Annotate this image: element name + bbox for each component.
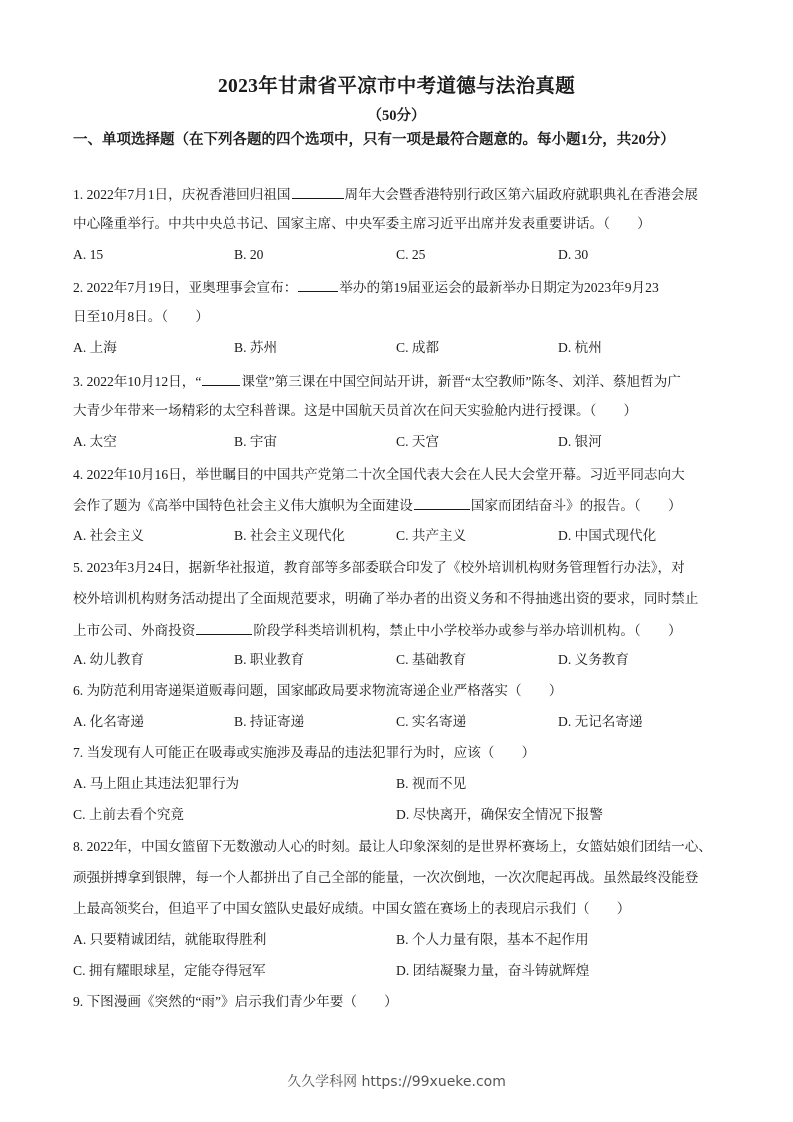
question-4-option-a: A. 社会主义 <box>73 526 144 546</box>
question-4-line-2: 会作了题为《高举中国特色社会主义伟大旗帜为全面建设国家而团结奋斗》的报告。（ ） <box>73 495 723 516</box>
fill-blank <box>414 495 470 510</box>
question-text: 上市公司、外商投资 <box>73 623 195 638</box>
question-1-option-d: D. 30 <box>558 245 588 265</box>
question-8-option-c: C. 拥有耀眼球星，定能夺得冠军 <box>73 961 266 981</box>
question-5-option-d: D. 义务教育 <box>558 650 629 670</box>
question-text: 3. 2022年10月12日，“ <box>73 374 201 389</box>
total-score: （50分） <box>0 104 793 125</box>
question-3-option-d: D. 银河 <box>558 432 602 452</box>
fill-blank <box>202 371 240 386</box>
question-6-line-1: 6. 为防范利用寄递渠道贩毒问题，国家邮政局要求物流寄递企业严格落实（ ） <box>73 681 723 701</box>
question-1-option-a: A. 15 <box>73 245 103 265</box>
question-8-option-b: B. 个人力量有限，基本不起作用 <box>396 930 589 950</box>
question-6-option-b: B. 持证寄递 <box>234 712 304 732</box>
question-6-option-c: C. 实名寄递 <box>396 712 466 732</box>
question-2-line-1: 2. 2022年7月19日，亚奥理事会宣布：举办的第19届亚运会的最新举办日期定… <box>73 277 723 298</box>
question-8-option-d: D. 团结凝聚力量，奋斗铸就辉煌 <box>396 961 589 981</box>
exam-page: 2023年甘肃省平凉市中考道德与法治真题 （50分） 一、单项选择题（在下列各题… <box>0 0 793 1122</box>
question-7-option-d: D. 尽快离开，确保安全情况下报警 <box>396 805 603 825</box>
question-7-line-1: 7. 当发现有人可能正在吸毒或实施涉及毒品的违法犯罪行为时，应该（ ） <box>73 743 723 763</box>
question-6-option-a: A. 化名寄递 <box>73 712 144 732</box>
question-7-option-c: C. 上前去看个究竟 <box>73 805 184 825</box>
question-2-option-d: D. 杭州 <box>558 338 602 358</box>
question-8-line-1: 8. 2022年，中国女篮留下无数激动人心的时刻。最让人印象深刻的是世界杯赛场上… <box>73 837 723 857</box>
question-2-option-b: B. 苏州 <box>234 338 277 358</box>
question-4-option-b: B. 社会主义现代化 <box>234 526 345 546</box>
question-1-line-2: 中心隆重举行。中共中央总书记、国家主席、中央军委主席习近平出席并发表重要讲话。（… <box>73 214 723 234</box>
question-4-option-c: C. 共产主义 <box>396 526 466 546</box>
fill-blank <box>196 620 252 635</box>
question-2-line-2: 日至10月8日。（ ） <box>73 307 723 327</box>
question-text: 国家而团结奋斗》的报告。（ ） <box>471 498 682 513</box>
question-5-option-b: B. 职业教育 <box>234 650 304 670</box>
question-text: 1. 2022年7月1日，庆祝香港回归祖国 <box>73 187 291 202</box>
question-9-line-1: 9. 下图漫画《突然的“雨”》启示我们青少年要（ ） <box>73 992 723 1012</box>
question-1-line-1: 1. 2022年7月1日，庆祝香港回归祖国周年大会暨香港特别行政区第六届政府就职… <box>73 184 723 205</box>
question-5-line-2: 校外培训机构财务活动提出了全面规范要求，明确了举办者的出资义务和不得抽逃出资的要… <box>73 589 723 609</box>
question-8-line-3: 上最高领奖台，但追平了中国女篮队史最好成绩。中国女篮在赛场上的表现启示我们（ ） <box>73 899 723 919</box>
question-7-option-b: B. 视而不见 <box>396 774 466 794</box>
question-2-option-a: A. 上海 <box>73 338 117 358</box>
question-4-option-d: D. 中国式现代化 <box>558 526 656 546</box>
question-text: 2. 2022年7月19日，亚奥理事会宣布： <box>73 280 297 295</box>
question-text: 举办的第19届亚运会的最新举办日期定为2023年9月23 <box>339 280 658 295</box>
question-8-line-2: 顽强拼搏拿到银牌，每一个人都拼出了自己全部的能量，一次次倒地，一次次爬起再战。虽… <box>73 868 723 888</box>
question-3-option-b: B. 宇宙 <box>234 432 277 452</box>
section-heading: 一、单项选择题（在下列各题的四个选项中，只有一项是最符合题意的。每小题1分，共2… <box>73 127 723 154</box>
question-5-option-c: C. 基础教育 <box>396 650 466 670</box>
fill-blank <box>292 184 344 199</box>
question-5-line-1: 5. 2023年3月24日，据新华社报道，教育部等多部委联合印发了《校外培训机构… <box>73 558 723 578</box>
question-text: 课堂”第三课在中国空间站开讲，新晋“太空教师”陈冬、刘洋、蔡旭哲为广 <box>241 374 681 389</box>
question-text: 周年大会暨香港特别行政区第六届政府就职典礼在香港会展 <box>345 187 698 202</box>
question-5-option-a: A. 幼儿教育 <box>73 650 144 670</box>
question-1-option-c: C. 25 <box>396 245 425 265</box>
question-text: 会作了题为《高举中国特色社会主义伟大旗帜为全面建设 <box>73 498 413 513</box>
question-3-option-a: A. 太空 <box>73 432 117 452</box>
question-3-line-2: 大青少年带来一场精彩的太空科普课。这是中国航天员首次在问天实验舱内进行授课。（ … <box>73 401 723 421</box>
question-6-option-d: D. 无记名寄递 <box>558 712 643 732</box>
question-4-line-1: 4. 2022年10月16日，举世瞩目的中国共产党第二十次全国代表大会在人民大会… <box>73 465 723 485</box>
question-1-option-b: B. 20 <box>234 245 263 265</box>
exam-title: 2023年甘肃省平凉市中考道德与法治真题 <box>0 70 793 98</box>
question-5-line-3: 上市公司、外商投资阶段学科类培训机构，禁止中小学校举办或参与举办培训机构。（ ） <box>73 620 723 641</box>
watermark: 久久学科网 https://99xueke.com <box>0 1071 793 1091</box>
fill-blank <box>298 277 338 292</box>
question-8-option-a: A. 只要精诚团结，就能取得胜利 <box>73 930 266 950</box>
question-3-line-1: 3. 2022年10月12日，“课堂”第三课在中国空间站开讲，新晋“太空教师”陈… <box>73 371 723 392</box>
question-2-option-c: C. 成都 <box>396 338 439 358</box>
question-7-option-a: A. 马上阻止其违法犯罪行为 <box>73 774 239 794</box>
question-text: 阶段学科类培训机构，禁止中小学校举办或参与举办培训机构。（ ） <box>253 623 681 638</box>
question-3-option-c: C. 天宫 <box>396 432 439 452</box>
